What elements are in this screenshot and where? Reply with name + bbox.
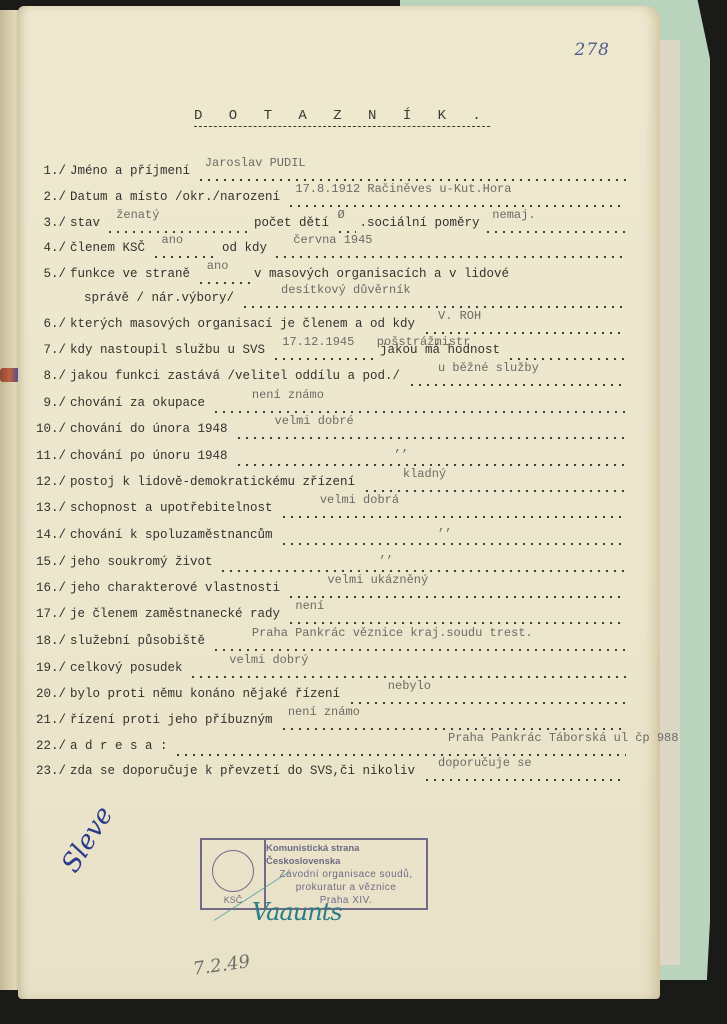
typed-answer: velmi dobrý: [229, 653, 308, 667]
row-label: od kdy: [222, 241, 267, 255]
typed-answer: Ø: [338, 208, 345, 222]
row-label: je členem zaměstnanecké rady: [70, 607, 280, 621]
row-number: 13./: [18, 501, 66, 515]
typed-answer: 17.8.1912 Račiněves u-Kut.Hora: [295, 182, 511, 196]
questionnaire-row: 18./služební působištěPraha Pankrác vězn…: [18, 634, 638, 652]
row-number: 12./: [18, 475, 66, 489]
row-label: v masových organisacích a v lidové: [254, 267, 509, 281]
questionnaire-row: 7./kdy nastoupil službu u SVS17.12.1945j…: [18, 343, 638, 361]
row-number: 10./: [18, 422, 66, 436]
typed-answer: desítkový důvěrník: [281, 283, 411, 297]
row-number: 3./: [18, 216, 66, 230]
dotted-leader: [287, 595, 626, 599]
stamp-line: prokuratur a věznice: [296, 881, 397, 894]
typed-answer: ,,: [438, 520, 452, 534]
dotted-leader: [287, 621, 626, 625]
typed-answer: nemaj.: [492, 208, 535, 222]
row-label: chování k spoluzaměstnancům: [70, 528, 273, 542]
row-number: 15./: [18, 555, 66, 569]
dotted-leader: [348, 701, 626, 705]
typed-answer: 17.12.1945: [282, 335, 354, 349]
typed-answer: ano: [207, 259, 229, 273]
dotted-leader: [197, 281, 250, 285]
row-number: 14./: [18, 528, 66, 542]
questionnaire-row: 11./chování po únoru 1948,,: [18, 449, 638, 467]
stamp-line: Komunistická strana Československa: [266, 842, 426, 868]
row-label: počet dětí: [254, 216, 329, 230]
paper-clip-icon: [0, 368, 20, 382]
row-label: zda se doporučuje k převzetí do SVS,či n…: [70, 764, 415, 778]
dotted-leader: [280, 515, 626, 519]
row-label: .sociální poměry: [360, 216, 480, 230]
row-number: 8./: [18, 369, 66, 383]
row-label: správě / nár.výbory/: [84, 291, 234, 305]
questionnaire-row: 17./je členem zaměstnanecké radynení: [18, 607, 638, 625]
row-number: 17./: [18, 607, 66, 621]
questionnaire-row: 2./Datum a místo /okr./narození17.8.1912…: [18, 190, 638, 208]
questionnaire-row: 19./celkový posudekvelmi dobrý: [18, 661, 638, 679]
row-label: schopnost a upotřebitelnost: [70, 501, 273, 515]
questionnaire-row: 23./zda se doporučuje k převzetí do SVS,…: [18, 764, 638, 782]
row-label: služební působiště: [70, 634, 205, 648]
typed-answer: června 1945: [293, 233, 372, 247]
row-label: celkový posudek: [70, 661, 183, 675]
row-label: a d r e s a :: [70, 739, 168, 753]
row-label: Datum a místo /okr./narození: [70, 190, 280, 204]
row-label: jeho charakterové vlastnosti: [70, 581, 280, 595]
row-label: stav: [70, 216, 100, 230]
row-number: 23./: [18, 764, 66, 778]
typed-answer: ženatý: [116, 208, 159, 222]
row-number: 4./: [18, 241, 66, 255]
row-number: 2./: [18, 190, 66, 204]
typed-answer: není: [295, 599, 324, 613]
typed-answer: pošstrážmistr: [377, 335, 471, 349]
typed-answer: ,,: [379, 547, 393, 561]
dotted-leader: [241, 305, 626, 309]
questionnaire-row: 21./řízení proti jeho příbuznýmnení znám…: [18, 713, 638, 731]
typed-answer: Praha Pankrác věznice kraj.soudu trest.: [252, 626, 533, 640]
row-number: 16./: [18, 581, 66, 595]
questionnaire-row: 22./a d r e s a :Praha Pankrác Táborská …: [18, 739, 638, 757]
typed-answer: Jaroslav PUDIL: [205, 156, 306, 170]
dotted-leader: [273, 255, 626, 259]
questionnaire-row: 9./chování za okupacenení známo: [18, 396, 638, 414]
questionnaire-row: 10./chování do února 1948velmi dobré: [18, 422, 638, 440]
row-label: chování za okupace: [70, 396, 205, 410]
questionnaire-row: 8./jakou funkci zastává /velitel oddílu …: [18, 369, 638, 387]
dotted-leader: [212, 648, 626, 652]
typed-answer: velmi ukázněný: [327, 573, 428, 587]
typed-answer: Praha Pankrác Táborská ul čp 988: [448, 731, 678, 745]
row-label: řízení proti jeho příbuzným: [70, 713, 273, 727]
typed-answer: u běžné služby: [438, 361, 539, 375]
row-number: 19./: [18, 661, 66, 675]
row-number: 11./: [18, 449, 66, 463]
row-label: funkce ve straně: [70, 267, 190, 281]
row-label: jeho soukromý život: [70, 555, 213, 569]
dotted-leader: [363, 489, 626, 493]
row-number: 1./: [18, 164, 66, 178]
row-number: 7./: [18, 343, 66, 357]
typed-answer: kladný: [403, 467, 446, 481]
row-number: 20./: [18, 687, 66, 701]
row-number: 6./: [18, 317, 66, 331]
dotted-leader: [235, 436, 626, 440]
questionnaire-row: 4./členem KSČanood kdyčervna 1945: [18, 241, 638, 259]
dotted-leader: [174, 753, 626, 757]
row-label: kterých masových organisací je členem a …: [70, 317, 415, 331]
row-label: členem KSČ: [70, 241, 145, 255]
row-number: 22./: [18, 739, 66, 753]
questionnaire-row: 20./bylo proti němu konáno nějaké řízení…: [18, 687, 638, 705]
row-label: chování do února 1948: [70, 422, 228, 436]
row-label: postoj k lidově-demokratickému zřízení: [70, 475, 355, 489]
dotted-leader: [280, 542, 626, 546]
typed-answer: velmi dobrá: [320, 493, 399, 507]
typed-answer: nebylo: [388, 679, 431, 693]
questionnaire-row: 3./stavženatýpočet dětíØ.sociální poměry…: [18, 216, 638, 234]
questionnaire-row: 6./kterých masových organisací je členem…: [18, 317, 638, 335]
row-label: Jméno a příjmení: [70, 164, 190, 178]
questionnaire-row: správě / nár.výbory/desítkový důvěrník: [18, 291, 638, 309]
stamp-line: Závodní organisace soudů,: [279, 868, 412, 881]
typed-answer: velmi dobré: [275, 414, 354, 428]
dotted-leader: [484, 230, 626, 234]
row-label: chování po únoru 1948: [70, 449, 228, 463]
typed-answer: V. ROH: [438, 309, 481, 323]
questionnaire-page: 278 D O T A Z N Í K . 1./Jméno a příjmen…: [18, 6, 660, 999]
row-label: kdy nastoupil službu u SVS: [70, 343, 265, 357]
questionnaire-row: 14./chování k spoluzaměstnancům,,: [18, 528, 638, 546]
page-number: 278: [575, 40, 610, 60]
typed-answer: ano: [162, 233, 184, 247]
questionnaire-row: 16./jeho charakterové vlastnostivelmi uk…: [18, 581, 638, 599]
row-number: 5./: [18, 267, 66, 281]
row-number: 18./: [18, 634, 66, 648]
questionnaire-row: 13./schopnost a upotřebitelnostvelmi dob…: [18, 501, 638, 519]
typed-answer: není známo: [288, 705, 360, 719]
row-label: jakou funkci zastává /velitel oddílu a p…: [70, 369, 400, 383]
questionnaire-row: 1./Jméno a příjmeníJaroslav PUDIL: [18, 164, 638, 182]
dotted-leader: [408, 383, 626, 387]
signature-right: Vaaunts: [252, 898, 342, 926]
row-number: 9./: [18, 396, 66, 410]
typed-answer: ,,: [395, 441, 409, 455]
questionnaire-row: 12./postoj k lidově-demokratickému zříze…: [18, 475, 638, 493]
dotted-leader: [423, 778, 626, 782]
document-title: D O T A Z N Í K .: [194, 108, 490, 127]
questionnaire-row: 15./jeho soukromý život,,: [18, 555, 638, 573]
typed-answer: není známo: [252, 388, 324, 402]
typed-answer: doporučuje se: [438, 756, 532, 770]
row-label: bylo proti němu konáno nějaké řízení: [70, 687, 340, 701]
row-number: 21./: [18, 713, 66, 727]
dotted-leader: [272, 357, 376, 361]
